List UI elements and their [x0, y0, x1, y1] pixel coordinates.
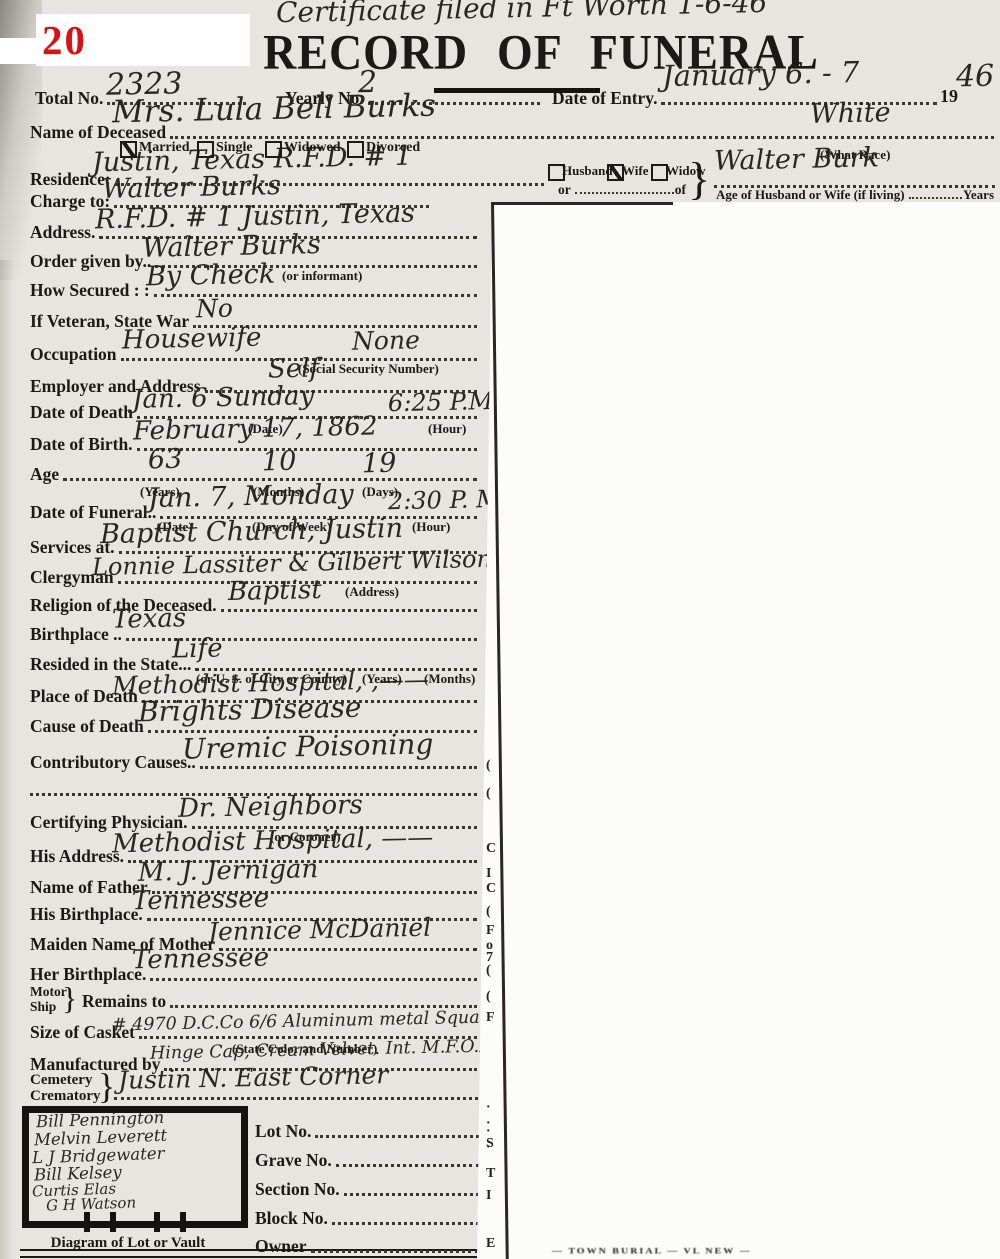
entry-year-value: 46 — [956, 62, 995, 93]
edge-print-fragment: I — [486, 866, 491, 882]
married-checkbox — [120, 141, 137, 158]
birthplace-row: Birthplace .. — [30, 621, 478, 643]
divorced-label: Divorced — [366, 140, 420, 156]
widow-label: Widow — [666, 163, 706, 179]
date-of-birth-value: February 17, 1862 — [133, 413, 378, 444]
birthplace-value: Texas — [112, 605, 187, 633]
certifying-physician-value: Dr. Neighbors — [178, 792, 363, 822]
cemetery-label: Cemetery — [30, 1073, 92, 1088]
race-value: White — [810, 99, 891, 128]
religion-value: Baptist — [228, 577, 322, 605]
dotted-line — [714, 166, 995, 188]
owner-label: Owner — [255, 1238, 307, 1256]
edge-print-fragment: F — [486, 1010, 495, 1026]
lot-no-label: Lot No. — [255, 1123, 311, 1141]
dotted-line — [575, 192, 674, 194]
dotted-line — [909, 197, 962, 199]
his-address-value: Methodist Hospital, —— — [112, 825, 434, 858]
hour-of-death-value: 6:25 P.M. — [388, 389, 501, 415]
lot-diagram-leg — [154, 1212, 186, 1232]
edge-print-fragment: T — [486, 1166, 495, 1182]
dotted-line — [221, 609, 477, 612]
lot-diagram-leg — [84, 1212, 116, 1232]
or-label: or — [558, 183, 571, 197]
remains-to-label: Remains to — [82, 993, 166, 1011]
resided-value: Life — [172, 635, 223, 662]
date-of-birth-label: Date of Birth. — [30, 436, 133, 454]
crematory-label: Crematory — [30, 1089, 101, 1104]
scan-edge-shadow-lower — [0, 260, 14, 1259]
title-underline — [434, 88, 600, 93]
ship-label: Ship — [30, 1000, 56, 1014]
edge-print-fragment: ( — [486, 963, 491, 979]
dotted-line — [150, 978, 477, 981]
years-label: Years — [963, 188, 994, 201]
funeral-hour-sublabel: (Hour) — [412, 519, 450, 535]
age-months-value: 10 — [262, 448, 297, 476]
white-redaction-patch-small — [0, 38, 40, 64]
age-of-spouse-label: Age of Husband or Wife (if living) — [716, 188, 905, 201]
address-label: Address. — [30, 224, 95, 242]
birthplace-label: Birthplace .. — [30, 626, 122, 644]
edge-print-fragment: I — [486, 1188, 491, 1204]
age-label: Age — [30, 466, 59, 484]
single-checkbox — [197, 141, 214, 158]
name-of-father-label: Name of Father — [30, 879, 148, 897]
address-value: R.F.D. # 1 Justin, Texas — [95, 200, 416, 234]
deceased-name-value: Mrs. Lula Bell Burks — [112, 91, 437, 129]
contributory-causes-label: Contributory Causes.. — [30, 754, 196, 772]
order-given-by-label: Order given by.. — [30, 253, 151, 271]
maiden-name-of-mother-value: Jennice McDaniel — [208, 915, 432, 945]
pallbearer-name: G H Watson — [46, 1193, 137, 1214]
edge-print-fragment: E — [486, 1236, 495, 1252]
age-of-spouse-row: Age of Husband or Wife (if living) Years — [716, 186, 994, 201]
her-birthplace-value: Tennessee — [132, 945, 270, 974]
dotted-line — [170, 136, 994, 139]
edge-print-fragment: F — [486, 923, 495, 939]
edge-print-fragment: C — [486, 841, 496, 857]
remains-to-row: Remains to — [82, 988, 478, 1010]
section-no-label: Section No. — [255, 1181, 340, 1199]
services-at-value: Baptist Church, Justin — [100, 515, 403, 548]
date-of-funeral-value: Jan. 7, Monday — [148, 481, 354, 512]
grave-no-label: Grave No. — [255, 1152, 332, 1170]
veteran-value: No — [196, 296, 233, 322]
page-title: RECORD OF FUNERAL — [263, 23, 759, 80]
age-days-value: 19 — [362, 450, 397, 478]
charge-to-value: Walter Burks — [102, 172, 281, 203]
wife-label: Wife — [622, 163, 648, 179]
dotted-line — [170, 1005, 477, 1008]
contributory-causes-value: Uremic Poisoning — [182, 730, 434, 763]
block-no-label: Block No. — [255, 1210, 328, 1228]
ssn-value: None — [352, 327, 420, 353]
remains-brace: } — [62, 982, 77, 1014]
owner-row: Owner — [255, 1233, 480, 1255]
age-row: Age — [30, 461, 478, 483]
cemetery-value: Justin N. East Corner — [118, 1062, 389, 1093]
how-secured-label: How Secured : : — [30, 282, 150, 300]
section-no-row: Section No. — [255, 1176, 480, 1198]
name-of-father-value: M. J. Jernigan — [138, 856, 319, 886]
age-years-value: 63 — [148, 446, 183, 474]
dotted-line — [200, 766, 477, 769]
overexposed-scan-region — [477, 202, 1000, 1259]
scan-region-top-edge — [491, 202, 673, 205]
occupation-label: Occupation — [30, 346, 117, 364]
date-of-death-label: Date of Death — [30, 404, 133, 422]
dotted-line — [336, 1164, 479, 1167]
divorced-checkbox — [347, 141, 364, 158]
cemetery-brace: } — [98, 1068, 115, 1104]
dotted-line — [311, 1250, 479, 1253]
edge-print-fragment: ( — [486, 758, 491, 774]
dotted-line — [661, 102, 937, 105]
edge-print-fragment: C — [486, 881, 496, 897]
edge-print-fragment: ( — [486, 904, 491, 920]
dotted-line — [344, 1193, 479, 1196]
married-label: Married — [139, 140, 190, 156]
date-of-death-value: Jan. 6 Sunday — [132, 383, 315, 413]
dotted-line — [315, 1135, 479, 1138]
widowed-label: Widowed — [284, 140, 341, 156]
total-no-label: Total No. — [35, 90, 103, 108]
page-number-stamp: 20 — [42, 16, 87, 64]
his-birthplace-value: Tennessee — [132, 886, 270, 915]
block-no-row: Block No. — [255, 1205, 480, 1227]
her-birthplace-label: Her Birthplace. — [30, 966, 146, 984]
of-label: of — [675, 183, 686, 197]
edge-print-fragment: ( — [486, 786, 491, 802]
his-birthplace-label: His Birthplace. — [30, 906, 143, 924]
employer-value: Self — [268, 355, 320, 382]
widowed-checkbox — [265, 141, 282, 158]
his-address-label: His Address. — [30, 848, 124, 866]
single-label: Single — [216, 140, 253, 156]
husband-label: Husband — [562, 163, 613, 179]
dotted-line — [332, 1222, 479, 1225]
cause-of-death-value: Brights Disease — [138, 694, 362, 727]
or-of-row: or of — [558, 181, 686, 196]
funeral-record-document: 20 Certificate filed in Ft Worth 1-6-46 … — [0, 0, 1000, 1259]
dotted-line — [137, 448, 477, 451]
edge-print-fragment: ( — [486, 989, 491, 1005]
grave-no-row: Grave No. — [255, 1147, 480, 1169]
bottom-edge-print-fragment: — TOWN BURIAL — VL NEW — — [552, 1247, 932, 1256]
cause-of-death-label: Cause of Death — [30, 718, 144, 736]
how-secured-value: By Check — [146, 261, 276, 291]
occupation-value: Housewife — [122, 325, 262, 354]
edge-print-fragment: S — [486, 1136, 494, 1152]
order-given-by-value: Walter Burks — [142, 231, 321, 262]
lot-no-row: Lot No. — [255, 1118, 480, 1140]
